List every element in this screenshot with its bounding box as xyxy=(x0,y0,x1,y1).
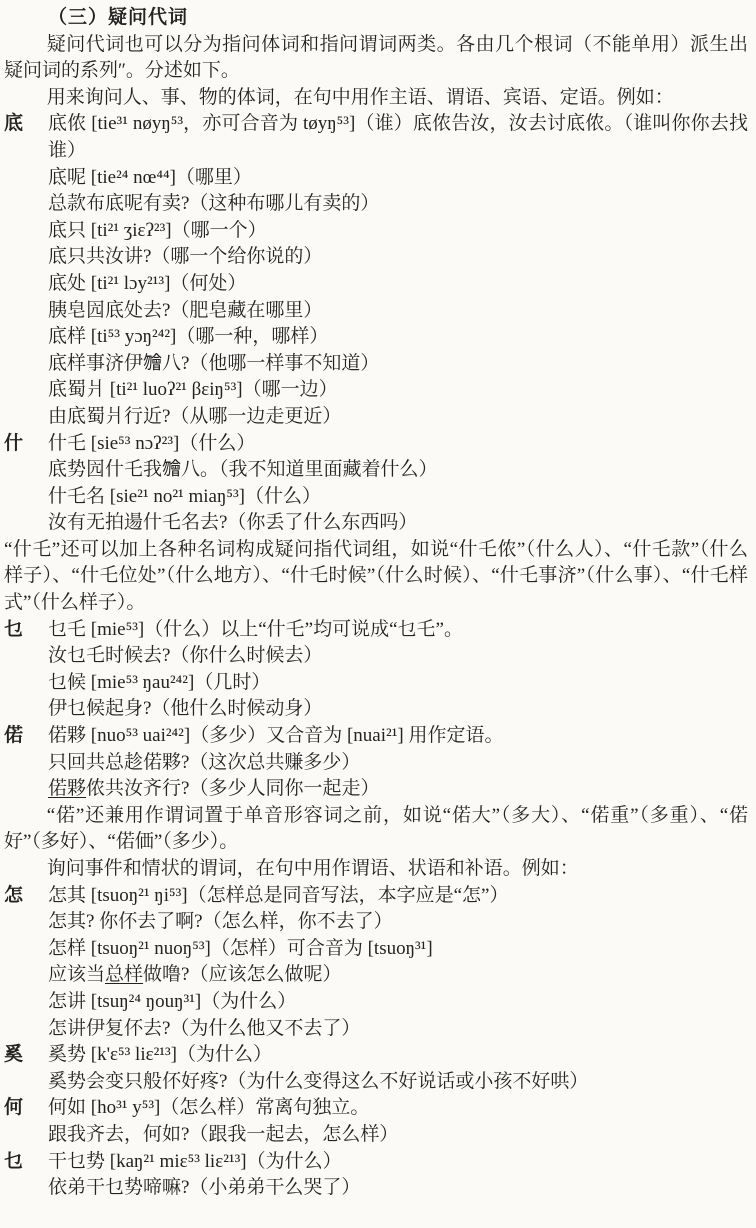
dictionary-entry: 何何如 [ho³¹ y⁵³]（怎么样）常离句独立。跟我齐去，何如?（跟我一起去，… xyxy=(4,1095,748,1148)
entry-body: 乜乇 [mie⁵³]（什么）以上“什乇”均可说成“乜乇”。汝乜乇时候去?（你什么… xyxy=(48,617,748,723)
text-line: 底样事济伊𣍐八?（他哪一样事不知道） xyxy=(48,351,748,378)
paragraph: 询问事件和情状的谓词，在句中用作谓语、状语和补语。例如： xyxy=(4,856,748,883)
text-segment: 应该当 xyxy=(48,964,105,985)
entry-body: 干乜势 [kaŋ²¹ miɛ⁵³ liɛ²¹³]（为什么）依弟干乜势啼嘛?（小弟… xyxy=(48,1149,748,1202)
text-line: 怎其? 你伓去了啊?（怎么样，你不去了） xyxy=(48,909,748,936)
text-line: 什乇 [sie⁵³ nɔʔ²³]（什么） xyxy=(48,431,748,458)
entry-head-character: 怎 xyxy=(4,883,48,910)
text-line: 底处 [ti²¹ lɔy²¹³]（何处） xyxy=(48,271,748,298)
text-line: 依弟干乜势啼嘛?（小弟弟干么哭了） xyxy=(48,1175,748,1202)
text-line: 怎讲 [tsuŋ²⁴ ŋouŋ³¹]（为什么） xyxy=(48,989,748,1016)
entry-head-character: 什 xyxy=(4,431,48,458)
entry-body: 底侬 [tie³¹ nøyŋ⁵³，亦可合音为 tøyŋ⁵³]（谁）底侬告汝，汝去… xyxy=(48,111,748,430)
text-line: 怎其 [tsuoŋ²¹ ŋi⁵³]（怎样总是同音写法，本字应是“怎”） xyxy=(48,883,748,910)
text-line: 偌夥侬共汝齐行?（多少人同你一起走） xyxy=(48,776,748,803)
entry-body: 何如 [ho³¹ y⁵³]（怎么样）常离句独立。跟我齐去，何如?（跟我一起去，怎… xyxy=(48,1095,748,1148)
text-line: 底呢 [tie²⁴ nœ⁴⁴]（哪里） xyxy=(48,165,748,192)
text-line: 汝有无拍逿什乇名去?（你丢了什么东西吗） xyxy=(48,510,748,537)
text-line: 干乜势 [kaŋ²¹ miɛ⁵³ liɛ²¹³]（为什么） xyxy=(48,1149,748,1176)
underlined-text: 总样 xyxy=(105,964,143,985)
dictionary-entry: 偌偌夥 [nuo⁵³ uai²⁴²]（多少）又合音为 [nuai²¹] 用作定语… xyxy=(4,723,748,803)
text-line: 怎样 [tsuoŋ²¹ nuoŋ⁵³]（怎样）可合音为 [tsuoŋ³¹] xyxy=(48,936,748,963)
text-line: 奚势会变只般伓好疼?（为什么变得这么不好说话或小孩不好哄） xyxy=(48,1069,748,1096)
text-line: 底只 [ti²¹ ʒiɛʔ²³]（哪一个） xyxy=(48,218,748,245)
text-line: 跟我齐去，何如?（跟我一起去，怎么样） xyxy=(48,1122,748,1149)
dictionary-entry: 奚奚势 [k'ɛ⁵³ liɛ²¹³]（为什么）奚势会变只般伓好疼?（为什么变得这… xyxy=(4,1042,748,1095)
text-line: 由底蜀爿行近?（从哪一边走更近） xyxy=(48,404,748,431)
dictionary-entry: 乜乜乇 [mie⁵³]（什么）以上“什乇”均可说成“乜乇”。汝乜乇时候去?（你什… xyxy=(4,617,748,723)
text-line: 乜乇 [mie⁵³]（什么）以上“什乇”均可说成“乜乇”。 xyxy=(48,617,748,644)
text-line: 什乇名 [sie²¹ no²¹ miaŋ⁵³]（什么） xyxy=(48,484,748,511)
text-segment: 侬共汝齐行?（多少人同你一起走） xyxy=(86,778,379,799)
entry-body: 偌夥 [nuo⁵³ uai²⁴²]（多少）又合音为 [nuai²¹] 用作定语。… xyxy=(48,723,748,803)
dictionary-entry: 什什乇 [sie⁵³ nɔʔ²³]（什么）底势囥什乇我𣍐八。（我不知道里面藏着什… xyxy=(4,431,748,537)
text-segment: 做噜?（应该怎么做呢） xyxy=(143,964,341,985)
paragraph: “偌”还兼用作谓词置于单音形容词之前，如说“偌大”（多大）、“偌重”（多重）、“… xyxy=(4,803,748,856)
entry-head-character: 奚 xyxy=(4,1042,48,1069)
dictionary-entry: 怎怎其 [tsuoŋ²¹ ŋi⁵³]（怎样总是同音写法，本字应是“怎”）怎其? … xyxy=(4,883,748,1043)
entry-head-character: 乜 xyxy=(4,1149,48,1176)
text-line: 胰皂囥底处去?（肥皂藏在哪里） xyxy=(48,298,748,325)
text-line: 底蜀爿 [ti²¹ luoʔ²¹ βɛiŋ⁵³]（哪一边） xyxy=(48,377,748,404)
paragraph: 疑问代词也可以分为指问体词和指问谓词两类。各由几个根词（不能单用）派生出疑问词的… xyxy=(4,32,748,85)
paragraph: “什乇”还可以加上各种名词构成疑问指代词组，如说“什乇侬”（什么人）、“什乇款”… xyxy=(4,537,748,617)
text-line: 底只共汝讲?（哪一个给你说的） xyxy=(48,244,748,271)
document-page: （三）疑问代词疑问代词也可以分为指问体词和指问谓词两类。各由几个根词（不能单用）… xyxy=(0,0,756,1228)
text-line: 汝乜乇时候去?（你什么时候去） xyxy=(48,643,748,670)
text-line: 只回共总趁偌夥?（这次总共赚多少） xyxy=(48,750,748,777)
entry-body: 什乇 [sie⁵³ nɔʔ²³]（什么）底势囥什乇我𣍐八。（我不知道里面藏着什么… xyxy=(48,431,748,537)
dictionary-entry: 乜干乜势 [kaŋ²¹ miɛ⁵³ liɛ²¹³]（为什么）依弟干乜势啼嘛?（小… xyxy=(4,1149,748,1202)
text-line: 乜候 [mie⁵³ ŋau²⁴²]（几时） xyxy=(48,670,748,697)
text-line: 底势囥什乇我𣍐八。（我不知道里面藏着什么） xyxy=(48,457,748,484)
text-line: 总款布底呢有卖?（这种布哪儿有卖的） xyxy=(48,191,748,218)
text-line: 底侬 [tie³¹ nøyŋ⁵³，亦可合音为 tøyŋ⁵³]（谁）底侬告汝，汝去… xyxy=(48,111,748,164)
text-line: 底样 [ti⁵³ yɔŋ²⁴²]（哪一种，哪样） xyxy=(48,324,748,351)
text-line: 伊乜候起身?（他什么时候动身） xyxy=(48,696,748,723)
section-title: （三）疑问代词 xyxy=(4,5,748,32)
text-line: 偌夥 [nuo⁵³ uai²⁴²]（多少）又合音为 [nuai²¹] 用作定语。 xyxy=(48,723,748,750)
text-line: 怎讲伊复伓去?（为什么他又不去了） xyxy=(48,1016,748,1043)
entry-head-character: 乜 xyxy=(4,617,48,644)
text-line: 何如 [ho³¹ y⁵³]（怎么样）常离句独立。 xyxy=(48,1095,748,1122)
text-line: 应该当总样做噜?（应该怎么做呢） xyxy=(48,962,748,989)
entry-body: 怎其 [tsuoŋ²¹ ŋi⁵³]（怎样总是同音写法，本字应是“怎”）怎其? 你… xyxy=(48,883,748,1043)
text-line: 奚势 [k'ɛ⁵³ liɛ²¹³]（为什么） xyxy=(48,1042,748,1069)
paragraph: 用来询问人、事、物的体词，在句中用作主语、谓语、宾语、定语。例如： xyxy=(4,85,748,112)
entry-body: 奚势 [k'ɛ⁵³ liɛ²¹³]（为什么）奚势会变只般伓好疼?（为什么变得这么… xyxy=(48,1042,748,1095)
dictionary-entry: 底底侬 [tie³¹ nøyŋ⁵³，亦可合音为 tøyŋ⁵³]（谁）底侬告汝，汝… xyxy=(4,111,748,430)
entry-head-character: 底 xyxy=(4,111,48,138)
entry-head-character: 何 xyxy=(4,1095,48,1122)
entry-head-character: 偌 xyxy=(4,723,48,750)
underlined-text: 偌夥 xyxy=(48,778,86,799)
